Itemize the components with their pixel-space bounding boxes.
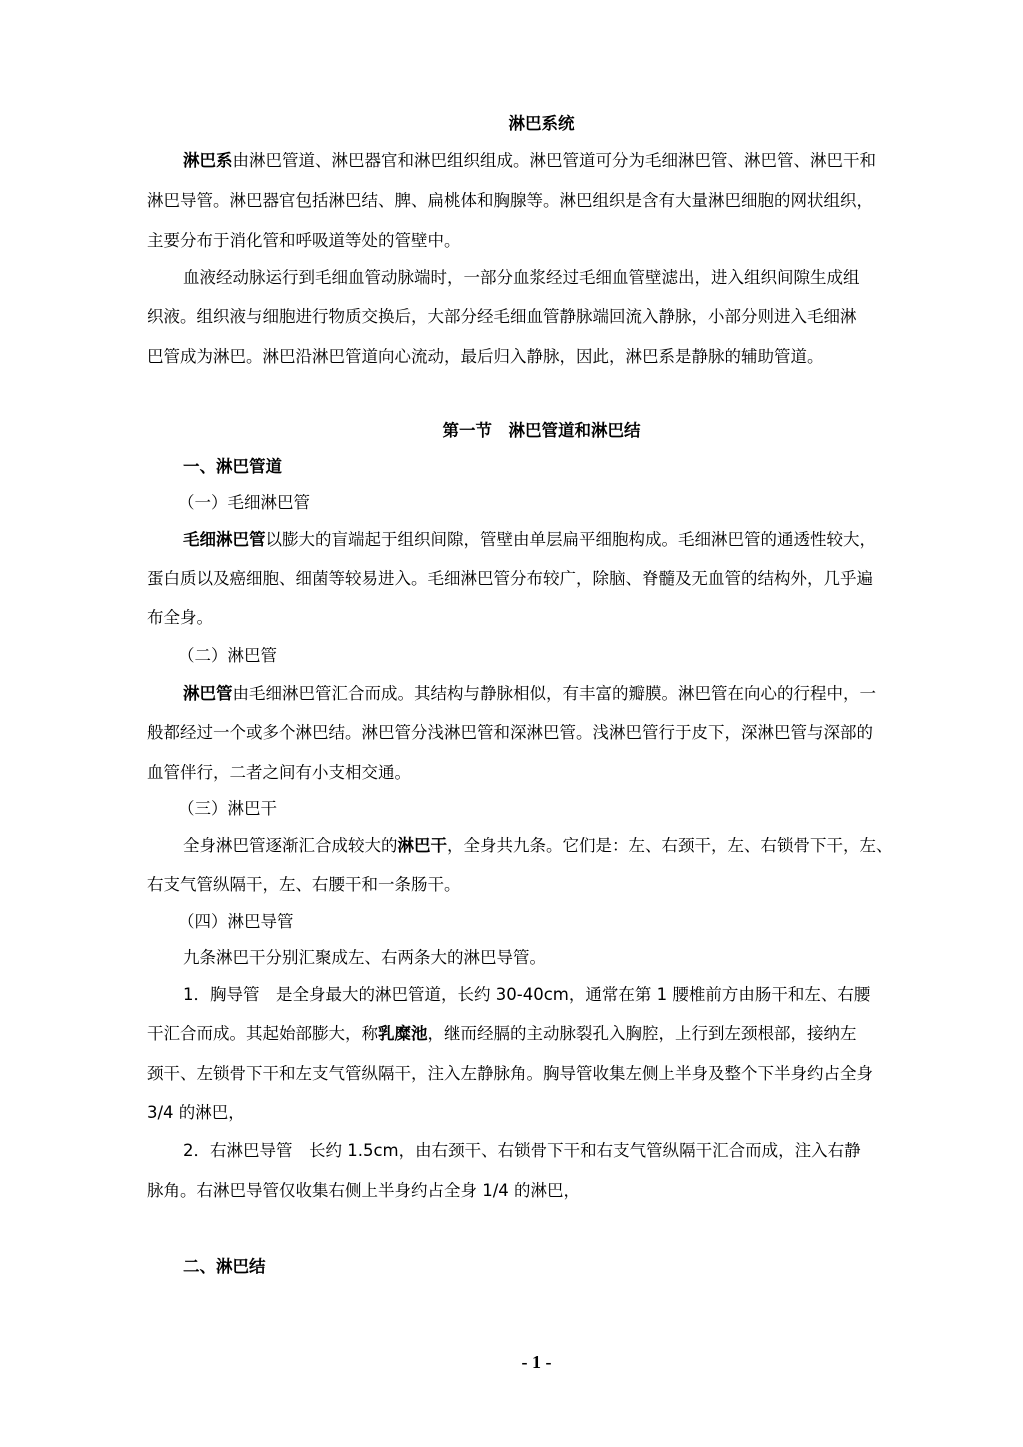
thoracic-duct-line-3: 颈干、左锁骨下干和左支气管纵隔干，注入左静脉角。胸导管收集左侧上半身及整个下半身… [147, 1064, 873, 1084]
capillaries-line-3: 布全身。 [147, 608, 213, 628]
right-lymph-duct-line-2: 脉角。右淋巴导管仅收集右侧上半身约占全身 1/4 的淋巴， [147, 1181, 580, 1201]
lymph-trunks-line-1: 全身淋巴管逐渐汇合成较大的淋巴干，全身共九条。它们是：左、右颈干，左、右锁骨下干… [183, 836, 893, 856]
text: 干汇合而成。其起始部膨大，称 [147, 1024, 378, 1043]
lymph-trunks-line-2: 右支气管纵隔干，左、右腰干和一条肠干。 [147, 875, 461, 895]
text: 由毛细淋巴管汇合而成。其结构与静脉相似，有丰富的瓣膜。淋巴管在向心的行程中，一 [233, 684, 877, 703]
heading-lymph-nodes: 二、淋巴结 [183, 1257, 266, 1277]
subheading-lymph-trunks: （三）淋巴干 [178, 799, 277, 819]
thoracic-duct-line-4: 3/4 的淋巴， [147, 1103, 245, 1123]
intro-paragraph-2-line-3: 巴管成为淋巴。淋巴沿淋巴管道向心流动，最后归入静脉，因此，淋巴系是静脉的辅助管道… [147, 347, 824, 367]
thoracic-duct-line-1: 1．胸导管 是全身最大的淋巴管道，长约 30-40cm，通常在第 1 腰椎前方由… [183, 985, 870, 1005]
bold-term: 淋巴管 [183, 684, 233, 703]
bold-term: 乳糜池 [378, 1024, 428, 1043]
intro-paragraph-1-line-1: 淋巴系由淋巴管道、淋巴器官和淋巴组织组成。淋巴管道可分为毛细淋巴管、淋巴管、淋巴… [183, 151, 876, 171]
lymph-ducts-intro: 九条淋巴干分别汇聚成左、右两条大的淋巴导管。 [183, 948, 546, 968]
text: 以膨大的盲端起于组织间隙，管壁由单层扁平细胞构成。毛细淋巴管的通透性较大， [266, 530, 877, 549]
bold-term: 淋巴系 [183, 151, 233, 170]
intro-paragraph-2-line-1: 血液经动脉运行到毛细血管动脉端时，一部分血浆经过毛细血管壁滤出，进入组织间隙生成… [183, 268, 860, 288]
capillaries-line-1: 毛细淋巴管以膨大的盲端起于组织间隙，管壁由单层扁平细胞构成。毛细淋巴管的通透性较… [183, 530, 876, 550]
text: 全身淋巴管逐渐汇合成较大的 [183, 836, 398, 855]
heading-lymphatic-vessels: 一、淋巴管道 [183, 457, 282, 477]
subheading-lymph-vessels: （二）淋巴管 [178, 646, 277, 666]
page-number: - 1 - [0, 1352, 1023, 1373]
intro-paragraph-2-line-2: 织液。组织液与细胞进行物质交换后，大部分经毛细血管静脉端回流入静脉，小部分则进入… [147, 307, 857, 327]
right-lymph-duct-line-1: 2．右淋巴导管 长约 1.5cm，由右颈干、右锁骨下干和右支气管纵隔干汇合而成，… [183, 1141, 861, 1161]
text: ，全身共九条。它们是：左、右颈干，左、右锁骨下干，左、 [447, 836, 893, 855]
document-title: 淋巴系统 [0, 114, 1023, 134]
document-page: 淋巴系统 淋巴系由淋巴管道、淋巴器官和淋巴组织组成。淋巴管道可分为毛细淋巴管、淋… [0, 0, 1023, 1447]
lymph-vessels-line-1: 淋巴管由毛细淋巴管汇合而成。其结构与静脉相似，有丰富的瓣膜。淋巴管在向心的行程中… [183, 684, 876, 704]
section-title: 第一节 淋巴管道和淋巴结 [0, 421, 1023, 441]
subheading-capillaries: （一）毛细淋巴管 [178, 493, 310, 513]
thoracic-duct-line-2: 干汇合而成。其起始部膨大，称乳糜池，继而经膈的主动脉裂孔入胸腔，上行到左颈根部，… [147, 1024, 857, 1044]
text: 由淋巴管道、淋巴器官和淋巴组织组成。淋巴管道可分为毛细淋巴管、淋巴管、淋巴干和 [233, 151, 877, 170]
bold-term: 毛细淋巴管 [183, 530, 266, 549]
text: ，继而经膈的主动脉裂孔入胸腔，上行到左颈根部，接纳左 [428, 1024, 857, 1043]
subheading-lymph-ducts: （四）淋巴导管 [178, 912, 294, 932]
intro-paragraph-1-line-2: 淋巴导管。淋巴器官包括淋巴结、脾、扁桃体和胸腺等。淋巴组织是含有大量淋巴细胞的网… [147, 191, 873, 211]
intro-paragraph-1-line-3: 主要分布于消化管和呼吸道等处的管壁中。 [147, 231, 461, 251]
capillaries-line-2: 蛋白质以及癌细胞、细菌等较易进入。毛细淋巴管分布较广，除脑、脊髓及无血管的结构外… [147, 569, 873, 589]
bold-term: 淋巴干 [398, 836, 448, 855]
lymph-vessels-line-2: 般都经过一个或多个淋巴结。淋巴管分浅淋巴管和深淋巴管。浅淋巴管行于皮下，深淋巴管… [147, 723, 873, 743]
lymph-vessels-line-3: 血管伴行，二者之间有小支相交通。 [147, 763, 411, 783]
